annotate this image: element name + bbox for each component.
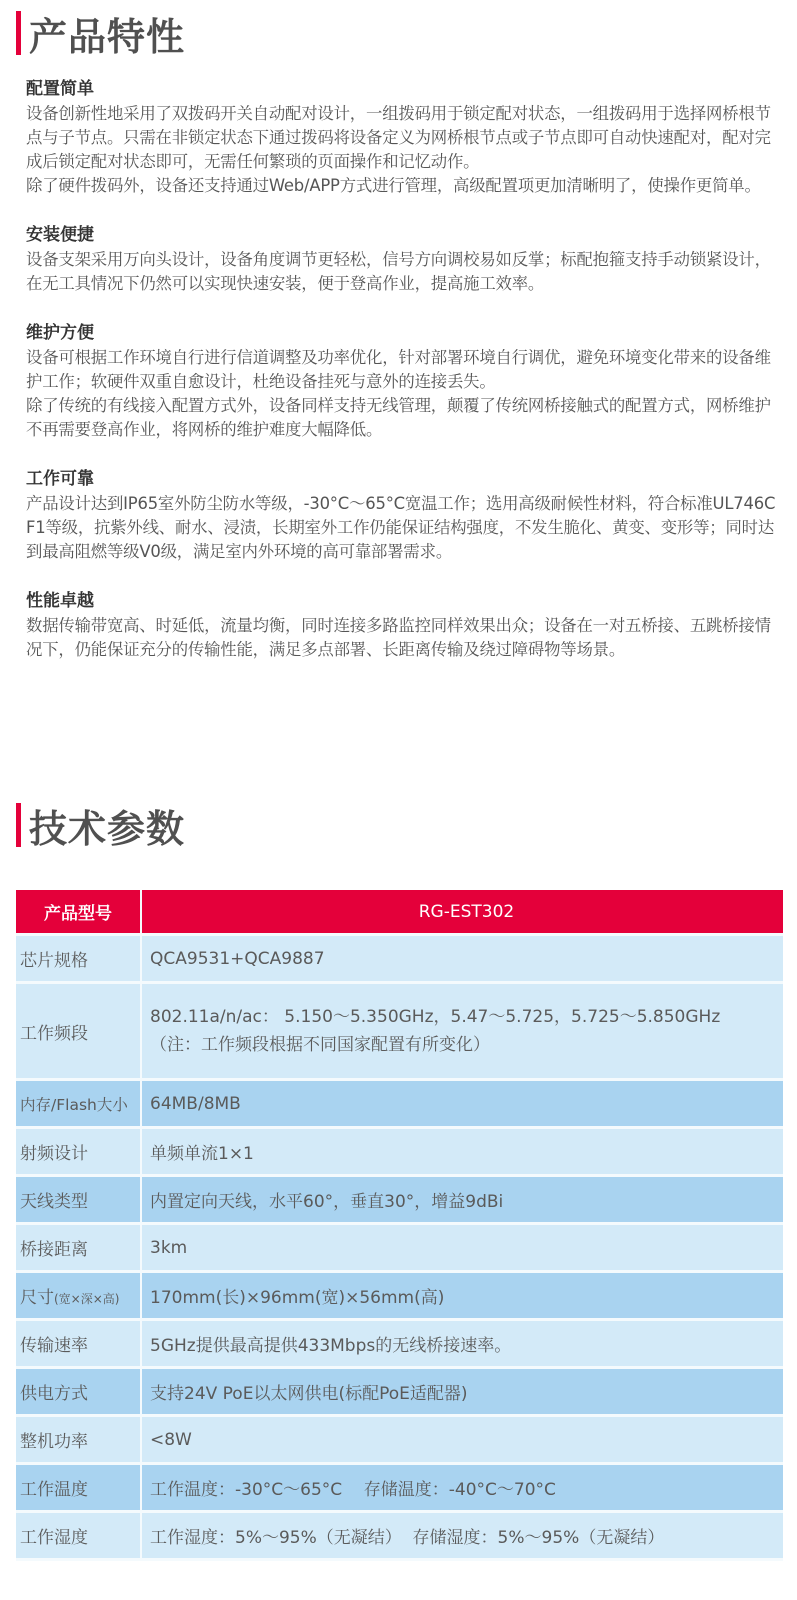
table-row: 传输速率 5GHz提供最高提供433Mbps的无线桥接速率。 [16, 1321, 783, 1369]
row-value: 5GHz提供最高提供433Mbps的无线桥接速率。 [142, 1321, 783, 1369]
row-label: 内存/Flash大小 [16, 1081, 142, 1129]
row-label: 供电方式 [16, 1369, 142, 1417]
row-label: 芯片规格 [16, 936, 142, 984]
header-value: RG-EST302 [142, 890, 783, 936]
table-row: 内存/Flash大小 64MB/8MB [16, 1081, 783, 1129]
title-accent-bar [16, 803, 21, 847]
feature-paragraph: 数据传输带宽高、时延低，流量均衡，同时连接多路监控同样效果出众；设备在一对五桥接… [26, 614, 776, 662]
feature-title: 安装便捷 [26, 222, 776, 248]
row-value: 170mm(长)×96mm(宽)×56mm(高) [142, 1273, 783, 1321]
feature-paragraph: 设备支架采用万向头设计，设备角度调节更轻松，信号方向调校易如反掌；标配抱箍支持手… [26, 248, 776, 296]
row-value: 3km [142, 1225, 783, 1273]
row-label: 射频设计 [16, 1129, 142, 1177]
row-value: 内置定向天线，水平60°，垂直30°，增益9dBi [142, 1177, 783, 1225]
specs-table: 产品型号 RG-EST302 芯片规格 QCA9531+QCA9887 工作频段… [16, 890, 783, 1561]
feature-reliability: 工作可靠 产品设计达到IP65室外防尘防水等级，-30°C～65°C宽温工作；选… [26, 466, 776, 564]
row-label: 尺寸(宽×深×高) [16, 1273, 142, 1321]
table-row: 天线类型 内置定向天线，水平60°，垂直30°，增益9dBi [16, 1177, 783, 1225]
feature-install: 安装便捷 设备支架采用万向头设计，设备角度调节更轻松，信号方向调校易如反掌；标配… [26, 222, 776, 296]
feature-performance: 性能卓越 数据传输带宽高、时延低，流量均衡，同时连接多路监控同样效果出众；设备在… [26, 588, 776, 662]
row-value: QCA9531+QCA9887 [142, 936, 783, 984]
table-row: 工作湿度 工作湿度：5%～95%（无凝结） 存储湿度：5%～95%（无凝结） [16, 1513, 783, 1561]
row-value: 工作湿度：5%～95%（无凝结） 存储湿度：5%～95%（无凝结） [142, 1513, 783, 1561]
feature-paragraph: 设备创新性地采用了双拨码开关自动配对设计，一组拨码用于锁定配对状态，一组拨码用于… [26, 102, 776, 174]
features-title-text: 产品特性 [29, 6, 185, 61]
header-label: 产品型号 [16, 890, 142, 936]
table-row: 桥接距离 3km [16, 1225, 783, 1273]
row-value: 工作温度：-30°C～65°C 存储温度：-40°C～70°C [142, 1465, 783, 1513]
feature-paragraph: 设备可根据工作环境自行进行信道调整及功率优化，针对部署环境自行调优，避免环境变化… [26, 346, 776, 394]
table-row: 工作温度 工作温度：-30°C～65°C 存储温度：-40°C～70°C [16, 1465, 783, 1513]
table-header-row: 产品型号 RG-EST302 [16, 890, 783, 936]
table-row: 供电方式 支持24V PoE以太网供电(标配PoE适配器) [16, 1369, 783, 1417]
row-label: 桥接距离 [16, 1225, 142, 1273]
row-label: 工作湿度 [16, 1513, 142, 1561]
table-row: 射频设计 单频单流1×1 [16, 1129, 783, 1177]
row-value: 64MB/8MB [142, 1081, 783, 1129]
row-label: 整机功率 [16, 1417, 142, 1465]
row-value: 支持24V PoE以太网供电(标配PoE适配器) [142, 1369, 783, 1417]
feature-paragraph: 产品设计达到IP65室外防尘防水等级，-30°C～65°C宽温工作；选用高级耐候… [26, 492, 776, 564]
feature-paragraph: 除了传统的有线接入配置方式外，设备同样支持无线管理，颠覆了传统网桥接触式的配置方… [26, 394, 776, 442]
row-value: 单频单流1×1 [142, 1129, 783, 1177]
row-label: 传输速率 [16, 1321, 142, 1369]
feature-title: 配置简单 [26, 76, 776, 102]
row-value-line: 802.11a/n/ac： 5.150～5.350GHz，5.47～5.725，… [150, 1003, 783, 1031]
feature-title: 性能卓越 [26, 588, 776, 614]
feature-title: 工作可靠 [26, 466, 776, 492]
table-row: 芯片规格 QCA9531+QCA9887 [16, 936, 783, 984]
row-label-main: 尺寸 [20, 1288, 54, 1308]
specs-section-title: 技术参数 [16, 800, 185, 850]
features-list: 配置简单 设备创新性地采用了双拨码开关自动配对设计，一组拨码用于锁定配对状态，一… [26, 76, 776, 686]
features-section-title: 产品特性 [16, 8, 185, 58]
row-label-small: (宽×深×高) [54, 1292, 119, 1306]
feature-paragraph: 除了硬件拨码外，设备还支持通过Web/APP方式进行管理，高级配置项更加清晰明了… [26, 174, 776, 198]
feature-maintenance: 维护方便 设备可根据工作环境自行进行信道调整及功率优化，针对部署环境自行调优，避… [26, 320, 776, 442]
row-value: 802.11a/n/ac： 5.150～5.350GHz，5.47～5.725，… [142, 984, 783, 1081]
feature-config: 配置简单 设备创新性地采用了双拨码开关自动配对设计，一组拨码用于锁定配对状态，一… [26, 76, 776, 198]
table-row: 工作频段 802.11a/n/ac： 5.150～5.350GHz，5.47～5… [16, 984, 783, 1081]
table-row: 整机功率 <8W [16, 1417, 783, 1465]
row-label: 工作频段 [16, 984, 142, 1081]
title-accent-bar [16, 11, 21, 55]
feature-title: 维护方便 [26, 320, 776, 346]
row-value-note: （注：工作频段根据不同国家配置有所变化） [150, 1031, 783, 1059]
row-label: 天线类型 [16, 1177, 142, 1225]
row-label: 工作温度 [16, 1465, 142, 1513]
specs-title-text: 技术参数 [29, 798, 185, 853]
table-row: 尺寸(宽×深×高) 170mm(长)×96mm(宽)×56mm(高) [16, 1273, 783, 1321]
row-value: <8W [142, 1417, 783, 1465]
